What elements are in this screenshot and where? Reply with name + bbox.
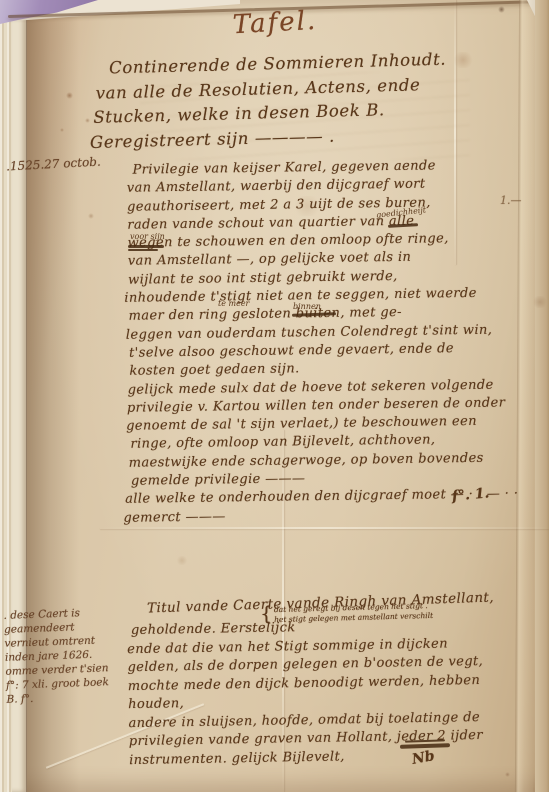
folio-number: f°. 1. bbox=[451, 485, 490, 504]
ink-strikethrough bbox=[128, 249, 158, 251]
margin-note-block: . dese Caert is geamendeert vernieut omt… bbox=[3, 605, 109, 707]
interlinear-insertion: binnen bbox=[293, 302, 321, 311]
interlinear-insertion: te meer bbox=[218, 299, 249, 308]
ink-strikethrough bbox=[128, 245, 164, 248]
entry1-text-block: Privilegie van keijser Karel, gegeven ae… bbox=[126, 156, 518, 527]
interlinear-insertion: voor sijn bbox=[130, 232, 165, 241]
subtitle-block: Continerende de Sommieren Inhoudt. van a… bbox=[109, 48, 449, 155]
manuscript-page-photo: Tafel. Continerende de Sommieren Inhoudt… bbox=[0, 0, 549, 792]
